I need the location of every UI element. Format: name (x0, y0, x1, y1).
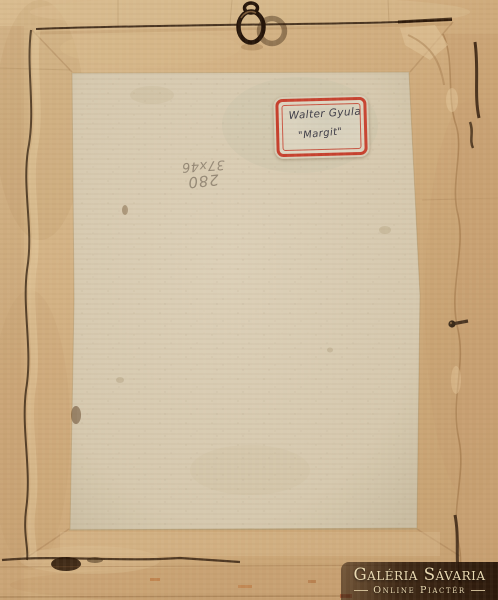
watermark-left-dash (354, 590, 368, 591)
gallery-watermark: Galéria Sávaria Online Piactér (341, 562, 498, 600)
frame-back-art (0, 0, 498, 600)
gallery-watermark-tagline: Online Piactér (373, 586, 466, 596)
watermark-right-dash (471, 590, 485, 591)
artwork-title-handwriting: "Margit" (298, 125, 356, 141)
frame-back-photo: Walter Gyula "Margit" 280 37x46 Galéria … (0, 0, 498, 600)
artist-label-red-border: Walter Gyula "Margit" (275, 97, 367, 157)
gallery-watermark-subtitle-row: Online Piactér (354, 586, 485, 596)
artist-name-handwriting: Walter Gyula (288, 107, 355, 123)
pencil-dimensions: 37x46 (176, 155, 231, 174)
pencil-inscription: 280 37x46 (176, 147, 230, 189)
gallery-watermark-title: Galéria Sávaria (353, 567, 485, 584)
artist-label-inner: Walter Gyula "Margit" (281, 103, 361, 151)
artist-label: Walter Gyula "Margit" (273, 95, 370, 159)
